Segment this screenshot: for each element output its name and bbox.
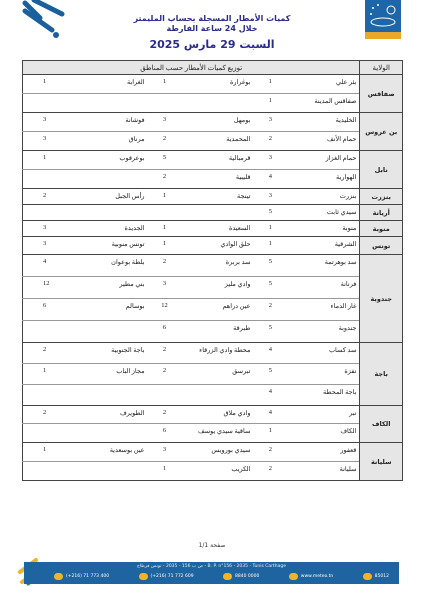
table-row: الكافنبر4وادي ملاق2الطويرف2 <box>23 406 403 424</box>
column-header-distribution: توزيع كميات الأمطار حسب المناطق <box>23 61 360 75</box>
rainfall-value: 12 <box>148 299 182 321</box>
station-name: الشرقية <box>287 237 360 255</box>
rainfall-value: 4 <box>253 170 287 189</box>
rainfall-value: 4 <box>253 385 287 406</box>
column-header-state: الولاية <box>360 61 403 75</box>
state-name: الكاف <box>360 406 403 443</box>
station-name: الكريب <box>181 462 253 481</box>
rainfall-value: 3 <box>253 189 287 205</box>
station-name: باجة المحطة <box>287 385 360 406</box>
station-name: فرنانة <box>287 277 360 299</box>
table-row: غار الدماء2عين دراهم12بوسالم6 <box>23 299 403 321</box>
rainfall-value: 2 <box>23 189 76 205</box>
station-name: طبرقة <box>181 321 253 343</box>
rainfall-value <box>23 321 76 343</box>
station-name: الكاف <box>287 424 360 443</box>
footer-address: ص ب 156 - 2035 - تونس قرطاج - B. P. n°15… <box>24 564 399 569</box>
rainfall-value: 6 <box>148 424 182 443</box>
table-row: تونسالشرقية1حلق الوادي1تونس منوبية3 <box>23 237 403 255</box>
rainfall-value: 4 <box>23 255 76 277</box>
table-row: صفاقسبئر علي1بوغرارة1الغرابة1 <box>23 75 403 94</box>
station-name: تونس منوبية <box>76 237 148 255</box>
table-row: فرنانة5وادي مليز3بني مطير12 <box>23 277 403 299</box>
station-name: سيدي بورويس <box>181 443 253 462</box>
rainfall-value: 5 <box>253 205 287 221</box>
state-name: نابل <box>360 151 403 189</box>
rainfall-value: 6 <box>23 299 76 321</box>
station-name: سليانة <box>287 462 360 481</box>
state-name: بن عروس <box>360 113 403 151</box>
meteo-stripes-logo <box>22 0 67 40</box>
station-name: بوغرارة <box>181 75 253 94</box>
table-row: نابلحمام الغزاز3قرمبالية5بوعرقوب1 <box>23 151 403 170</box>
rainfall-value: 3 <box>253 113 287 132</box>
station-name: سد بربرة <box>181 255 253 277</box>
rainfall-value <box>148 205 182 221</box>
station-name: بومهل <box>181 113 253 132</box>
contact-mail: (+216) 71 772 609 <box>139 573 194 580</box>
station-name: عين دراهم <box>181 299 253 321</box>
rainfall-value: 5 <box>148 151 182 170</box>
station-name: حمام الغزاز <box>287 151 360 170</box>
station-name: منوبة <box>287 221 360 237</box>
rainfall-value: 1 <box>148 237 182 255</box>
table-row: بن عروسالخليدية3بومهل3فوشانة3 <box>23 113 403 132</box>
station-name: سيدي ثابت <box>287 205 360 221</box>
station-name: السعيدة <box>181 221 253 237</box>
rainfall-table: الولاية توزيع كميات الأمطار حسب المناطق … <box>22 60 403 481</box>
rainfall-value: 2 <box>253 299 287 321</box>
table-row: جندوبةسد بوهرتمة5سد بربرة2بلطة بوعوان4 <box>23 255 403 277</box>
table-row: منوبةمنوبة1السعيدة1الجديدة3 <box>23 221 403 237</box>
rainfall-value <box>148 385 182 406</box>
rainfall-value: 5 <box>253 321 287 343</box>
station-name: رأس الجبل <box>76 189 148 205</box>
station-name: حمام الأنف <box>287 132 360 151</box>
station-name: الهوارية <box>287 170 360 189</box>
rainfall-value: 1 <box>23 364 76 385</box>
rainfall-value: 2 <box>253 132 287 151</box>
table-row: سليانةقعفور2سيدي بورويس3عين بوسعدية1 <box>23 443 403 462</box>
inm-emblem-logo <box>365 0 401 40</box>
station-name: مرناق <box>76 132 148 151</box>
station-name: بئر علي <box>287 75 360 94</box>
table-row: نفزة5تبرسق2مجاز الباب1 <box>23 364 403 385</box>
station-name: بنزرت <box>287 189 360 205</box>
table-row: جندوبة5طبرقة6 <box>23 321 403 343</box>
table-row: حمام الأنف2المحمدية2مرناق3 <box>23 132 403 151</box>
rainfall-value: 12 <box>23 277 76 299</box>
station-name: الجديدة <box>76 221 148 237</box>
station-name: محطة وادي الزرقاء <box>181 343 253 364</box>
state-name: سليانة <box>360 443 403 481</box>
station-name: غار الدماء <box>287 299 360 321</box>
rainfall-value: 5 <box>253 364 287 385</box>
rainfall-value: 2 <box>148 406 182 424</box>
contact-fax: (+216) 71 773 400 <box>54 573 109 580</box>
rainfall-value: 5 <box>253 255 287 277</box>
table-row: الهوارية4قليبية2 <box>23 170 403 189</box>
station-name: عين بوسعدية <box>76 443 148 462</box>
station-name: سد بوهرتمة <box>287 255 360 277</box>
phone-icon <box>223 573 232 580</box>
station-name: المحمدية <box>181 132 253 151</box>
station-name <box>76 170 148 189</box>
state-name: تونس <box>360 237 403 255</box>
rainfall-value: 6 <box>148 321 182 343</box>
rainfall-value: 2 <box>148 170 182 189</box>
station-name <box>76 205 148 221</box>
station-name <box>181 94 253 113</box>
rainfall-value: 2 <box>23 343 76 364</box>
mail-icon <box>139 573 148 580</box>
state-name: أريانة <box>360 205 403 221</box>
rainfall-value: 1 <box>148 189 182 205</box>
report-subtitle: خلال 24 ساعة الفارطة <box>100 24 324 33</box>
rainfall-value: 1 <box>253 237 287 255</box>
rainfall-value: 3 <box>253 151 287 170</box>
rainfall-value: 1 <box>23 443 76 462</box>
station-name: فوشانة <box>76 113 148 132</box>
rainfall-value: 1 <box>23 151 76 170</box>
state-name: منوبة <box>360 221 403 237</box>
rainfall-value <box>23 462 76 481</box>
station-name <box>181 205 253 221</box>
rainfall-value: 1 <box>148 75 182 94</box>
rainfall-value: 2 <box>23 406 76 424</box>
rainfall-value <box>148 94 182 113</box>
station-name: مجاز الباب <box>76 364 148 385</box>
station-name <box>181 385 253 406</box>
station-name: نبر <box>287 406 360 424</box>
rainfall-value: 5 <box>253 277 287 299</box>
footer-contacts: (+216) 71 773 400 (+216) 71 772 609 8840… <box>54 573 389 580</box>
station-name <box>76 385 148 406</box>
station-name: وادي مليز <box>181 277 253 299</box>
station-name: قعفور <box>287 443 360 462</box>
station-name: جندوبة <box>287 321 360 343</box>
rainfall-value: 2 <box>148 255 182 277</box>
state-name: جندوبة <box>360 255 403 343</box>
report-date: السبت 29 مارس 2025 <box>100 38 324 51</box>
page-number: صفحة 1/1 <box>0 542 424 549</box>
table-row: صفاقس المدينة1 <box>23 94 403 113</box>
station-name <box>76 424 148 443</box>
table-row: أريانةسيدي ثابت5 <box>23 205 403 221</box>
rainfall-value: 2 <box>148 364 182 385</box>
rainfall-value: 3 <box>148 113 182 132</box>
station-name <box>76 321 148 343</box>
rainfall-value: 1 <box>253 424 287 443</box>
contact-hotline: 85012 <box>363 573 389 580</box>
station-name <box>76 94 148 113</box>
table-row: بنزرتبنزرت3تينجة1رأس الجبل2 <box>23 189 403 205</box>
station-name: الخليدية <box>287 113 360 132</box>
table-row: باجة المحطة4 <box>23 385 403 406</box>
rainfall-value <box>23 205 76 221</box>
phone-icon <box>363 573 372 580</box>
rainfall-value: 1 <box>253 221 287 237</box>
station-name: سد كساب <box>287 343 360 364</box>
rainfall-value: 4 <box>253 406 287 424</box>
rainfall-value <box>23 170 76 189</box>
rainfall-value: 2 <box>253 443 287 462</box>
state-name: بنزرت <box>360 189 403 205</box>
table-row: باجةسد كساب4محطة وادي الزرقاء2باجة الجنو… <box>23 343 403 364</box>
report-title: كميات الأمطار المسجلة بحساب المليمتر <box>100 14 324 23</box>
station-name: بلطة بوعوان <box>76 255 148 277</box>
fax-icon <box>54 573 63 580</box>
rainfall-value <box>23 94 76 113</box>
rainfall-value: 3 <box>148 277 182 299</box>
station-name: نفزة <box>287 364 360 385</box>
station-name: قرمبالية <box>181 151 253 170</box>
rainfall-value: 3 <box>148 443 182 462</box>
rainfall-value <box>23 424 76 443</box>
rainfall-value: 2 <box>148 132 182 151</box>
station-name: ساقية سيدي يوسف <box>181 424 253 443</box>
rainfall-value: 1 <box>148 221 182 237</box>
station-name: بوسالم <box>76 299 148 321</box>
rainfall-value: 3 <box>23 113 76 132</box>
station-name: الغرابة <box>76 75 148 94</box>
rainfall-value: 3 <box>23 221 76 237</box>
station-name: حلق الوادي <box>181 237 253 255</box>
contact-web[interactable]: www.meteo.tn <box>289 573 333 580</box>
table-row: سليانة2الكريب1 <box>23 462 403 481</box>
rainfall-value: 1 <box>23 75 76 94</box>
station-name: تينجة <box>181 189 253 205</box>
station-name: قليبية <box>181 170 253 189</box>
station-name: بوعرقوب <box>76 151 148 170</box>
rainfall-value: 1 <box>253 75 287 94</box>
rainfall-value: 4 <box>253 343 287 364</box>
rainfall-value <box>23 385 76 406</box>
station-name: الطويرف <box>76 406 148 424</box>
rainfall-value: 2 <box>148 343 182 364</box>
footer-bar: ص ب 156 - 2035 - تونس قرطاج - B. P. n°15… <box>24 562 399 584</box>
station-name: وادي ملاق <box>181 406 253 424</box>
rainfall-value: 1 <box>253 94 287 113</box>
station-name: باجة الجنوبية <box>76 343 148 364</box>
contact-phone: 8840 0000 <box>223 573 259 580</box>
state-name: صفاقس <box>360 75 403 113</box>
station-name: صفاقس المدينة <box>287 94 360 113</box>
web-icon <box>289 573 298 580</box>
rainfall-value: 1 <box>148 462 182 481</box>
rainfall-value: 2 <box>253 462 287 481</box>
rainfall-value: 3 <box>23 237 76 255</box>
rainfall-value: 3 <box>23 132 76 151</box>
station-name: بني مطير <box>76 277 148 299</box>
state-name: باجة <box>360 343 403 406</box>
table-row: الكاف1ساقية سيدي يوسف6 <box>23 424 403 443</box>
station-name: تبرسق <box>181 364 253 385</box>
station-name <box>76 462 148 481</box>
